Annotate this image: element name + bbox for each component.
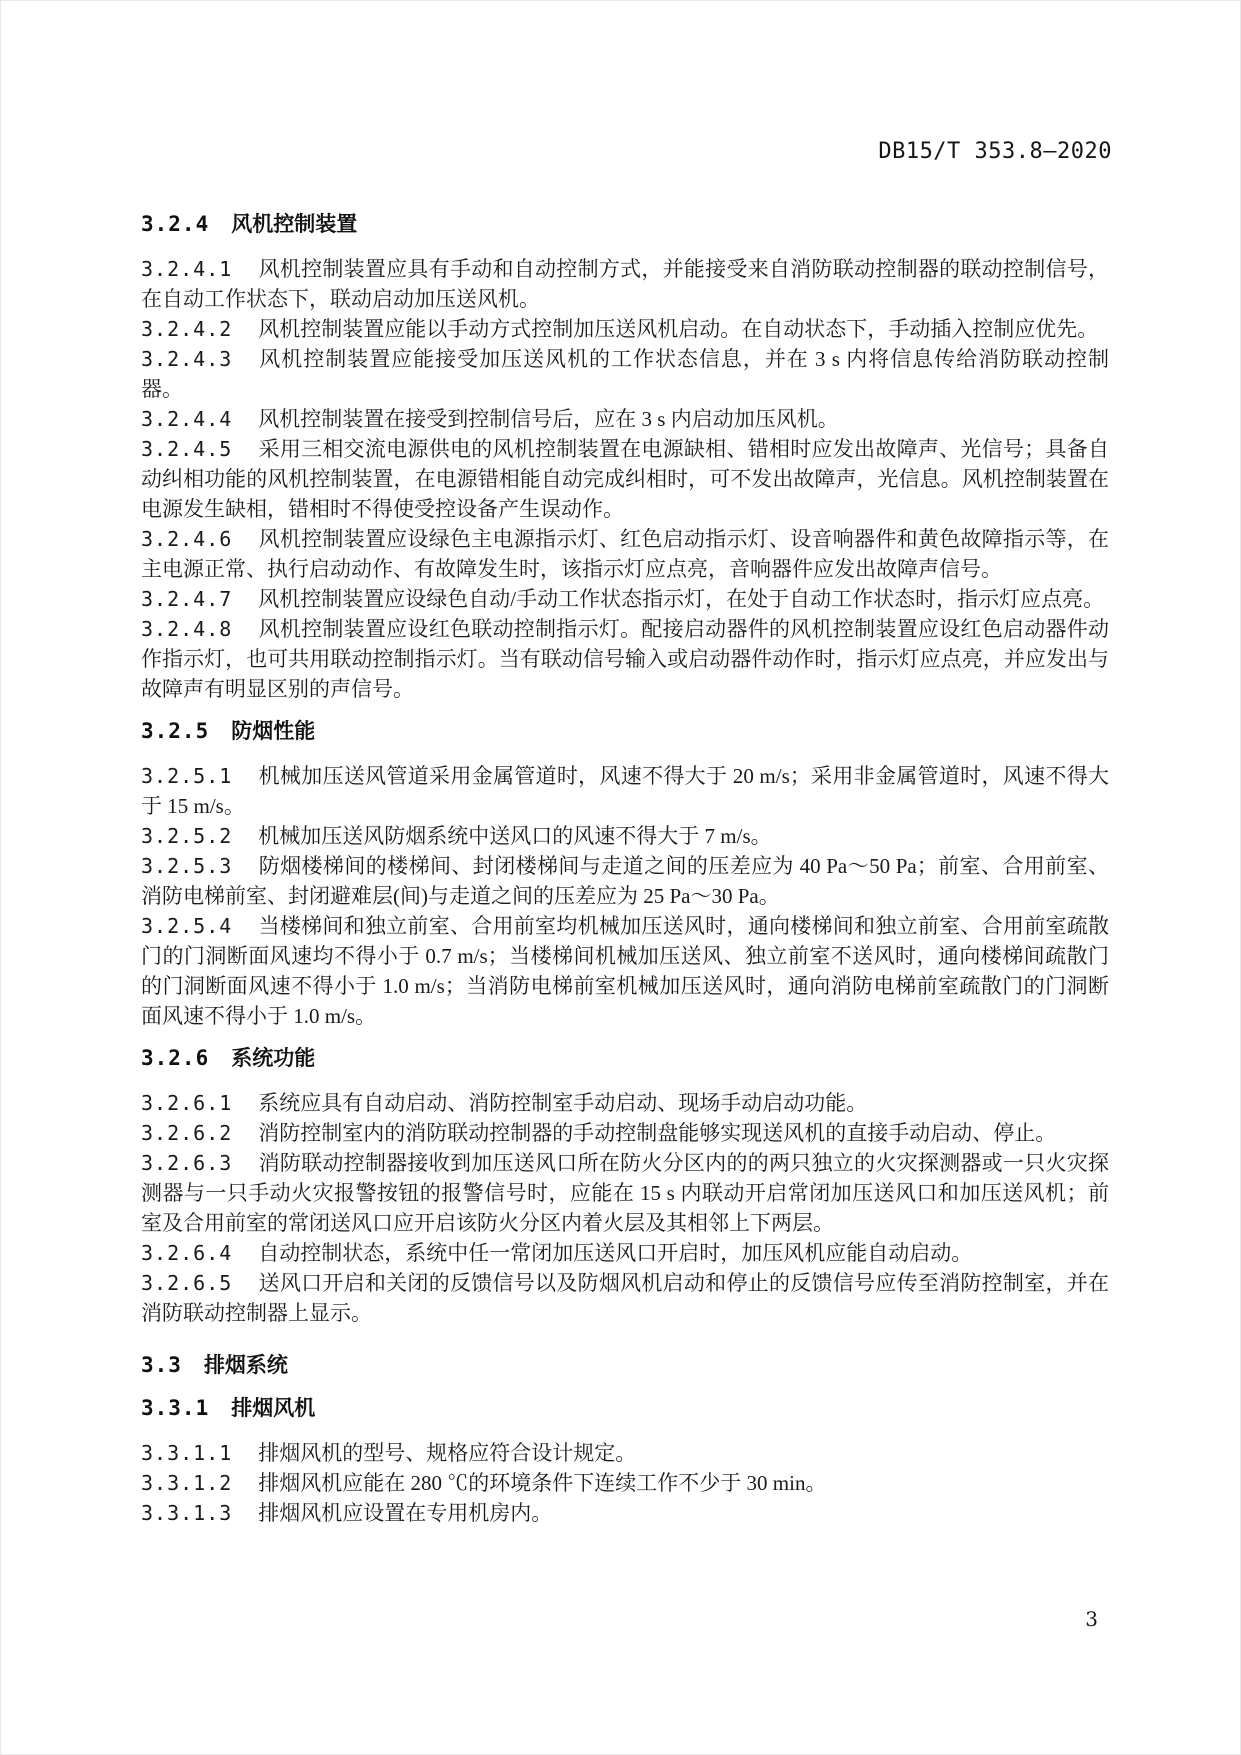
document-header: DB15/T 353.8—2020 [878,139,1112,164]
clause-paragraph: 3.2.5.4当楼梯间和独立前室、合用前室均机械加压送风时，通向楼梯间和独立前室… [141,911,1109,1031]
section-title: 风机控制装置 [231,213,357,236]
clause-number: 3.2.6.1 [141,1091,232,1115]
clause-paragraph: 3.3.1.3排烟风机应设置在专用机房内。 [141,1498,1109,1528]
clause-number: 3.2.4.1 [141,257,232,281]
clause-number: 3.2.6.2 [141,1121,232,1145]
section-title: 防烟性能 [231,720,315,743]
section-number: 3.3.1 [141,1396,209,1420]
section-heading: 3.2.4风机控制装置 [141,209,1109,240]
clause-paragraph: 3.2.4.8风机控制装置应设红色联动控制指示灯。配接启动器件的风机控制装置应设… [141,614,1109,704]
clause-text: 机械加压送风防烟系统中送风口的风速不得大于 7 m/s。 [258,824,771,848]
clause-text: 排烟风机应能在 280 ℃的环境条件下连续工作不少于 30 min。 [258,1471,826,1495]
clause-number: 3.2.5.1 [141,764,232,788]
section-number: 3.3 [141,1353,182,1377]
clause-text: 防烟楼梯间的楼梯间、封闭楼梯间与走道之间的压差应为 40 Pa～50 Pa；前室… [141,854,1109,908]
clause-text: 消防联动控制器接收到加压送风口所在防火分区内的的两只独立的火灾探测器或一只火灾探… [141,1151,1109,1235]
clause-number: 3.2.5.4 [141,914,232,938]
clause-text: 风机控制装置应能以手动方式控制加压送风机启动。在自动状态下，手动插入控制应优先。 [258,317,1098,341]
clause-number: 3.2.4.6 [141,527,232,551]
clause-number: 3.2.5.3 [141,854,232,878]
clause-text: 风机控制装置应设绿色主电源指示灯、红色启动指示灯、设音响器件和黄色故障指示等，在… [141,527,1109,581]
clause-number: 3.2.6.4 [141,1241,232,1265]
clause-paragraph: 3.3.1.1排烟风机的型号、规格应符合设计规定。 [141,1438,1109,1468]
clause-paragraph: 3.2.4.2风机控制装置应能以手动方式控制加压送风机启动。在自动状态下，手动插… [141,314,1109,344]
clause-paragraph: 3.2.6.3消防联动控制器接收到加压送风口所在防火分区内的的两只独立的火灾探测… [141,1148,1109,1238]
clause-number: 3.2.4.8 [141,617,232,641]
clause-number: 3.2.4.2 [141,317,232,341]
clause-number: 3.3.1.1 [141,1441,232,1465]
clause-paragraph: 3.2.5.2机械加压送风防烟系统中送风口的风速不得大于 7 m/s。 [141,821,1109,851]
section-number: 3.2.5 [141,719,209,743]
clause-number: 3.2.6.3 [141,1151,232,1175]
clause-text: 风机控制装置应设红色联动控制指示灯。配接启动器件的风机控制装置应设红色启动器件动… [141,617,1109,701]
clause-paragraph: 3.2.4.4风机控制装置在接受到控制信号后，应在 3 s 内启动加压风机。 [141,404,1109,434]
section-number: 3.2.4 [141,212,209,236]
clause-text: 消防控制室内的消防联动控制器的手动控制盘能够实现送风机的直接手动启动、停止。 [258,1121,1056,1145]
document-body: 3.2.4风机控制装置3.2.4.1风机控制装置应具有手动和自动控制方式，并能接… [141,197,1109,1528]
section-heading: 3.3排烟系统 [141,1350,1109,1381]
page-number: 3 [1085,1607,1098,1631]
section-title: 排烟风机 [231,1397,315,1420]
clause-text: 送风口开启和关闭的反馈信号以及防烟风机启动和停止的反馈信号应传至消防控制室，并在… [141,1271,1109,1325]
clause-number: 3.2.4.3 [141,347,232,371]
clause-text: 当楼梯间和独立前室、合用前室均机械加压送风时，通向楼梯间和独立前室、合用前室疏散… [141,914,1109,1028]
clause-text: 系统应具有自动启动、消防控制室手动启动、现场手动启动功能。 [258,1091,867,1115]
section-title: 排烟系统 [204,1354,288,1377]
section-heading: 3.2.6系统功能 [141,1043,1109,1074]
clause-paragraph: 3.2.4.1风机控制装置应具有手动和自动控制方式，并能接受来自消防联动控制器的… [141,254,1109,314]
section-number: 3.2.6 [141,1046,209,1070]
clause-paragraph: 3.2.4.3风机控制装置应能接受加压送风机的工作状态信息，并在 3 s 内将信… [141,344,1109,404]
clause-text: 排烟风机的型号、规格应符合设计规定。 [258,1441,636,1465]
section-heading: 3.3.1排烟风机 [141,1393,1109,1424]
section-title: 系统功能 [231,1047,315,1070]
clause-paragraph: 3.2.5.1机械加压送风管道采用金属管道时，风速不得大于 20 m/s；采用非… [141,761,1109,821]
clause-text: 排烟风机应设置在专用机房内。 [258,1501,552,1525]
clause-number: 3.2.4.5 [141,437,232,461]
clause-number: 3.2.6.5 [141,1271,232,1295]
clause-paragraph: 3.3.1.2排烟风机应能在 280 ℃的环境条件下连续工作不少于 30 min… [141,1468,1109,1498]
clause-paragraph: 3.2.6.2消防控制室内的消防联动控制器的手动控制盘能够实现送风机的直接手动启… [141,1118,1109,1148]
clause-text: 风机控制装置应能接受加压送风机的工作状态信息，并在 3 s 内将信息传给消防联动… [141,347,1109,401]
document-page: DB15/T 353.8—2020 3.2.4风机控制装置3.2.4.1风机控制… [0,0,1241,1755]
clause-text: 风机控制装置在接受到控制信号后，应在 3 s 内启动加压风机。 [258,407,838,431]
clause-text: 风机控制装置应设绿色自动/手动工作状态指示灯，在处于自动工作状态时，指示灯应点亮… [258,587,1104,611]
page-footer: 3 [1085,1607,1098,1631]
standard-code: DB15/T 353.8—2020 [878,139,1112,164]
section-heading: 3.2.5防烟性能 [141,716,1109,747]
clause-text: 采用三相交流电源供电的风机控制装置在电源缺相、错相时应发出故障声、光信号；具备自… [141,437,1109,521]
clause-paragraph: 3.2.4.6风机控制装置应设绿色主电源指示灯、红色启动指示灯、设音响器件和黄色… [141,524,1109,584]
clause-paragraph: 3.2.4.5采用三相交流电源供电的风机控制装置在电源缺相、错相时应发出故障声、… [141,434,1109,524]
clause-paragraph: 3.2.6.4自动控制状态，系统中任一常闭加压送风口开启时，加压风机应能自动启动… [141,1238,1109,1268]
clause-paragraph: 3.2.4.7风机控制装置应设绿色自动/手动工作状态指示灯，在处于自动工作状态时… [141,584,1109,614]
clause-text: 风机控制装置应具有手动和自动控制方式，并能接受来自消防联动控制器的联动控制信号，… [141,257,1109,311]
clause-text: 机械加压送风管道采用金属管道时，风速不得大于 20 m/s；采用非金属管道时，风… [141,764,1109,818]
clause-paragraph: 3.2.6.5送风口开启和关闭的反馈信号以及防烟风机启动和停止的反馈信号应传至消… [141,1268,1109,1328]
clause-number: 3.3.1.3 [141,1501,232,1525]
clause-number: 3.2.4.4 [141,407,232,431]
clause-number: 3.2.4.7 [141,587,232,611]
clause-number: 3.2.5.2 [141,824,232,848]
clause-paragraph: 3.2.5.3防烟楼梯间的楼梯间、封闭楼梯间与走道之间的压差应为 40 Pa～5… [141,851,1109,911]
clause-number: 3.3.1.2 [141,1471,232,1495]
clause-text: 自动控制状态，系统中任一常闭加压送风口开启时，加压风机应能自动启动。 [258,1241,972,1265]
clause-paragraph: 3.2.6.1系统应具有自动启动、消防控制室手动启动、现场手动启动功能。 [141,1088,1109,1118]
